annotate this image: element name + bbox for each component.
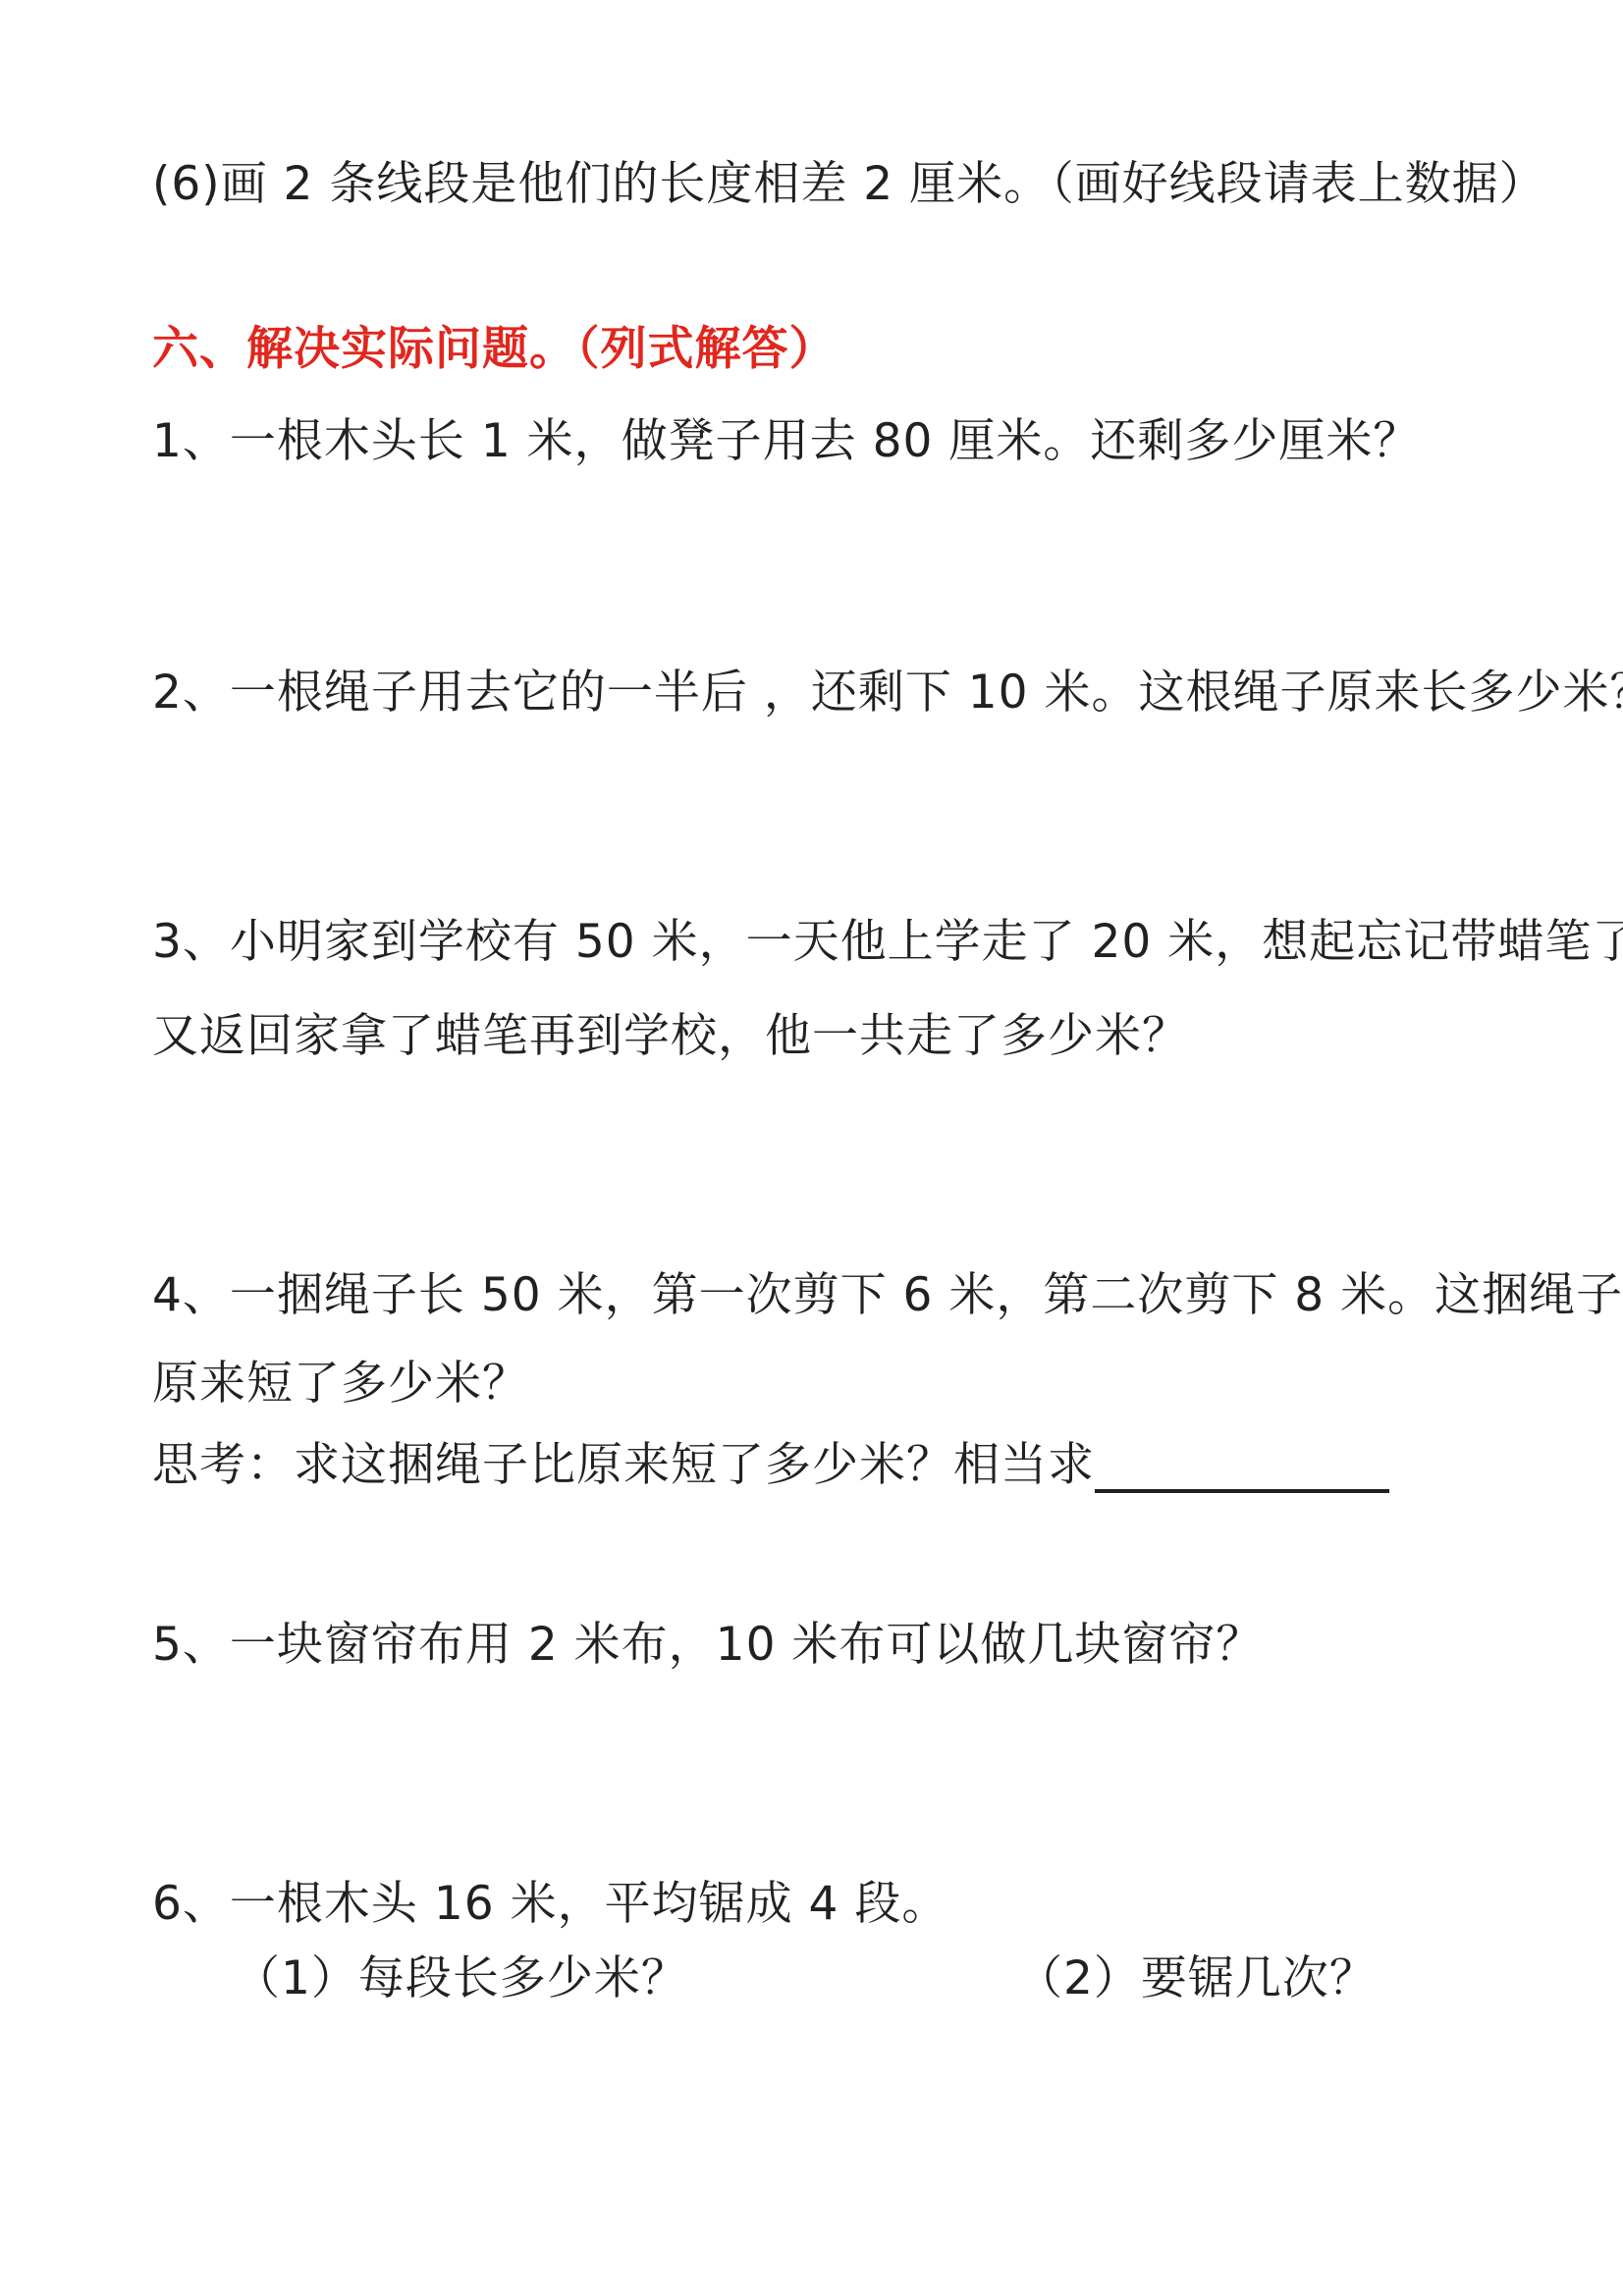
- question-6-sub-2: （2）要锯几次？: [1016, 1951, 1377, 2006]
- think-line-text: 思考：求这捆绳子比原来短了多少米？相当求: [152, 1438, 1095, 1492]
- question-5: 5、一块窗帘布用 2 米布，10 米布可以做几块窗帘？: [152, 1618, 1263, 1673]
- question-3-line-1: 3、小明家到学校有 50 米，一天他上学走了 20 米，想起忘记带蜡笔了，: [152, 915, 1623, 970]
- answer-blank-underline: [1095, 1438, 1389, 1493]
- question-4-line-1: 4、一捆绳子长 50 米，第一次剪下 6 米，第二次剪下 8 米。这捆绳子比: [152, 1268, 1623, 1323]
- question-4-line-2: 原来短了多少米？: [152, 1357, 529, 1412]
- question-4-think-line: 思考：求这捆绳子比原来短了多少米？相当求: [152, 1438, 1389, 1493]
- question-6-sub-1: （1）每段长多少米？: [234, 1951, 688, 2006]
- question-6: 6、一根木头 16 米，平均锯成 4 段。: [152, 1877, 948, 1932]
- section-heading: 六、解决实际问题。（列式解答）: [152, 322, 837, 377]
- question-3-line-2: 又返回家拿了蜡笔再到学校，他一共走了多少米？: [152, 1009, 1189, 1064]
- worksheet-page: (6)画 2 条线段是他们的长度相差 2 厘米。（画好线段请表上数据） 六、解决…: [0, 0, 1623, 2296]
- question-2: 2、一根绳子用去它的一半后 ，还剩下 10 米。这根绳子原来长多少米？: [152, 666, 1623, 721]
- question-1: 1、一根木头长 1 米，做凳子用去 80 厘米。还剩多少厘米？: [152, 414, 1420, 469]
- item-6-line: (6)画 2 条线段是他们的长度相差 2 厘米。（画好线段请表上数据）: [152, 157, 1546, 212]
